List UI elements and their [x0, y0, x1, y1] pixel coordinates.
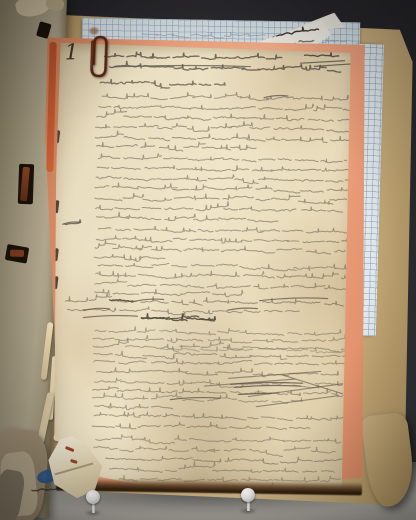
handwriting-stroke — [95, 288, 243, 297]
display-peg — [86, 490, 100, 504]
handwriting-stroke — [92, 421, 310, 431]
rusty-fastener — [10, 250, 24, 257]
manuscript-page: 1 — [49, 38, 354, 492]
handwriting-stroke — [94, 403, 172, 410]
handwriting-stroke — [142, 31, 265, 39]
handwriting-stroke — [98, 153, 346, 163]
handwriting-stroke — [32, 489, 56, 491]
handwriting-stroke — [96, 235, 347, 245]
handwriting-stroke — [98, 225, 350, 235]
handwriting-stroke — [94, 357, 346, 367]
handwriting-stroke — [256, 395, 338, 408]
handwriting-stroke — [97, 366, 339, 378]
handwriting-stroke — [95, 377, 343, 388]
handwriting-stroke — [94, 411, 343, 421]
handwriting-stroke — [94, 351, 348, 361]
handwriting-stroke — [96, 141, 256, 152]
handwriting-stroke — [83, 315, 137, 318]
red-slit — [70, 459, 78, 464]
handwriting-stroke — [99, 101, 354, 113]
archival-photo: 1 — [0, 0, 416, 520]
handwriting-stroke — [235, 385, 301, 388]
handwriting-stroke — [102, 90, 348, 101]
handwriting-stroke — [95, 326, 341, 337]
handwriting-stroke — [66, 293, 344, 307]
handwriting-stroke — [105, 51, 282, 60]
handwriting-stroke — [300, 60, 344, 64]
handwriting-stroke — [96, 130, 350, 143]
pencil-scribble — [30, 484, 60, 496]
handwriting-stroke — [97, 212, 279, 223]
fold-crease — [54, 462, 93, 475]
display-peg — [241, 488, 255, 502]
handwriting-stroke — [95, 279, 348, 290]
handwriting-stroke — [98, 261, 352, 272]
handwriting-stroke — [229, 370, 321, 379]
red-slit — [65, 446, 74, 452]
handwriting-stroke — [97, 164, 351, 173]
handwriting-stroke — [94, 254, 165, 262]
handwriting-stroke — [106, 454, 343, 465]
handwriting-stroke — [97, 109, 351, 122]
handwriting-stroke — [96, 269, 349, 281]
handwriting-stroke — [109, 460, 334, 474]
handwriting-stroke — [94, 444, 336, 457]
spine-slot — [36, 21, 52, 39]
handwriting-stroke — [260, 297, 328, 301]
page-number: 1 — [64, 40, 79, 65]
handwriting-stroke — [100, 79, 225, 89]
handwriting-stroke — [96, 434, 341, 446]
handwriting-stroke — [96, 119, 352, 133]
handwriting-stroke — [227, 308, 257, 311]
handwriting-stroke — [238, 392, 276, 394]
handwriting-stroke — [95, 192, 347, 204]
handwriting-stroke — [96, 173, 350, 185]
handwriting-stroke — [95, 182, 348, 193]
handwriting-svg — [49, 38, 354, 492]
paperclip-icon — [83, 31, 115, 80]
